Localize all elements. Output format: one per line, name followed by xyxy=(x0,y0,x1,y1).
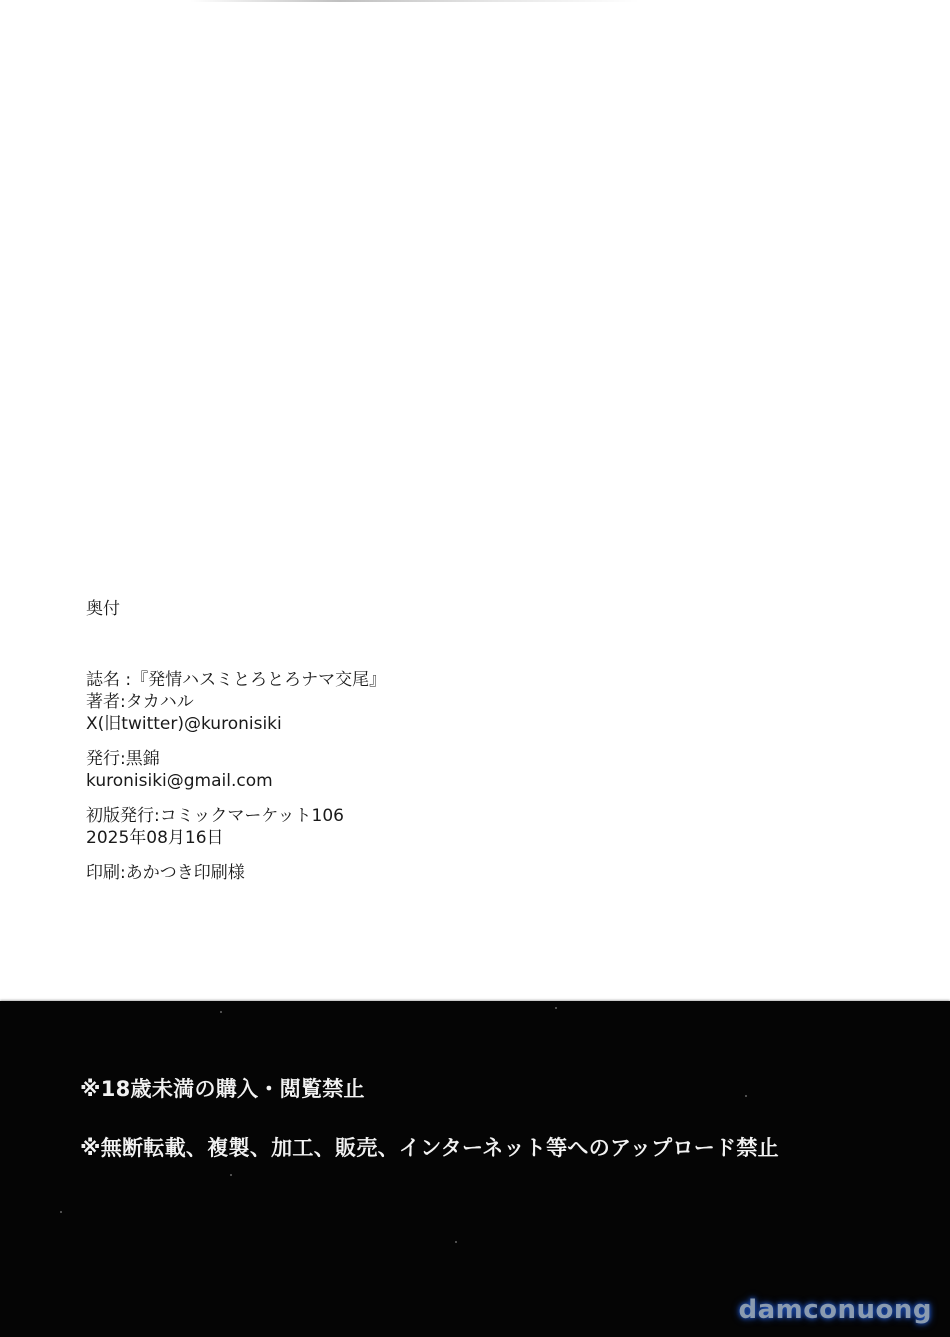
print-speck xyxy=(455,1241,457,1243)
social-handle-line: X(旧twitter)@kuronisiki xyxy=(86,713,386,735)
printer-line: 印刷:あかつき印刷様 xyxy=(86,862,386,884)
email-line: kuronisiki@gmail.com xyxy=(86,770,386,792)
date-line: 2025年08月16日 xyxy=(86,827,386,849)
watermark: damconuong xyxy=(738,1295,932,1325)
print-speck xyxy=(745,1095,747,1097)
page-edge-shadow xyxy=(190,0,640,2)
colophon-heading: 奥付 xyxy=(86,598,386,620)
book-title-line: 誌名 :『発情ハスミとろとろナマ交尾』 xyxy=(86,669,386,691)
edition-group: 初版発行:コミックマーケット106 2025年08月16日 xyxy=(86,805,386,849)
print-speck xyxy=(220,1011,222,1013)
publisher-line: 発行:黒錦 xyxy=(86,748,386,770)
age-restriction-warning: ※18歳未満の購入・閲覧禁止 xyxy=(80,1073,365,1103)
first-edition-line: 初版発行:コミックマーケット106 xyxy=(86,805,386,827)
author-line: 著者:タカハル xyxy=(86,691,386,713)
print-speck xyxy=(555,1007,557,1009)
publisher-group: 発行:黒錦 kuronisiki@gmail.com xyxy=(86,748,386,792)
warning-footer: ※18歳未満の購入・閲覧禁止 ※無断転載、複製、加工、販売、インターネット等への… xyxy=(0,1001,950,1337)
printer-group: 印刷:あかつき印刷様 xyxy=(86,862,386,884)
print-speck xyxy=(230,1174,232,1176)
copyright-warning: ※無断転載、複製、加工、販売、インターネット等へのアップロード禁止 xyxy=(80,1132,779,1162)
colophon: 奥付 誌名 :『発情ハスミとろとろナマ交尾』 著者:タカハル X(旧twitte… xyxy=(86,598,386,897)
print-speck xyxy=(60,1211,62,1213)
title-group: 誌名 :『発情ハスミとろとろナマ交尾』 著者:タカハル X(旧twitter)@… xyxy=(86,669,386,735)
